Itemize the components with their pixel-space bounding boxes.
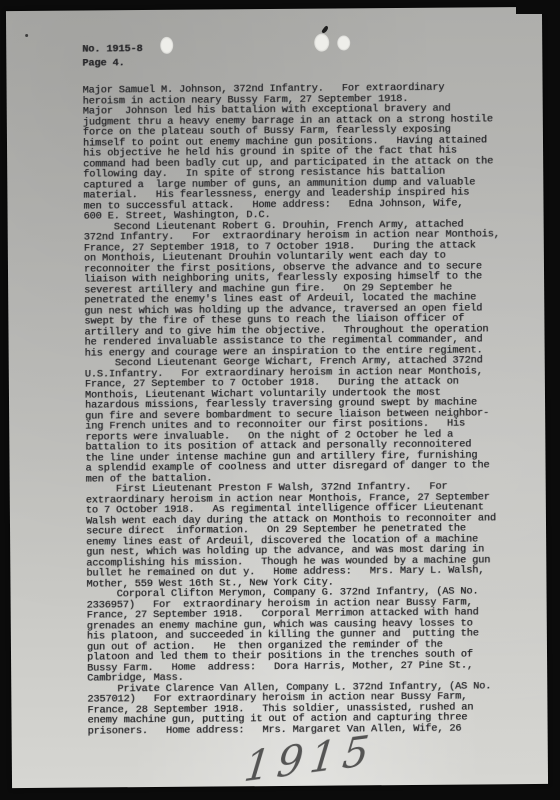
scan-corner-notch bbox=[516, 0, 560, 14]
citation-paragraph-merymon: Corporal Clifton Merymon, Company G. 372… bbox=[87, 586, 528, 684]
citations-body: Major Samuel M. Johnson, 372nd Infantry.… bbox=[6, 67, 547, 737]
ink-speck bbox=[25, 34, 28, 37]
citation-paragraph-drouhin: Second Lieutenant Robert G. Drouhin, Fre… bbox=[84, 219, 525, 359]
citation-paragraph-walsh: First Lieutenant Preston F Walsh, 372nd … bbox=[86, 481, 527, 589]
document-header: No. 1915-8 Page 4. bbox=[6, 7, 542, 71]
citation-paragraph-wichart: Second Lieutenant George Wichart, French… bbox=[85, 355, 526, 484]
citation-paragraph-van-allen: Private Clarence Van Allen, Company L. 3… bbox=[87, 681, 527, 737]
scanned-document: No. 1915-8 Page 4. Major Samuel M. Johns… bbox=[0, 0, 560, 800]
document-page: No. 1915-8 Page 4. Major Samuel M. Johns… bbox=[6, 7, 548, 788]
citation-paragraph-johnson: Major Samuel M. Johnson, 372nd Infantry.… bbox=[83, 82, 524, 222]
